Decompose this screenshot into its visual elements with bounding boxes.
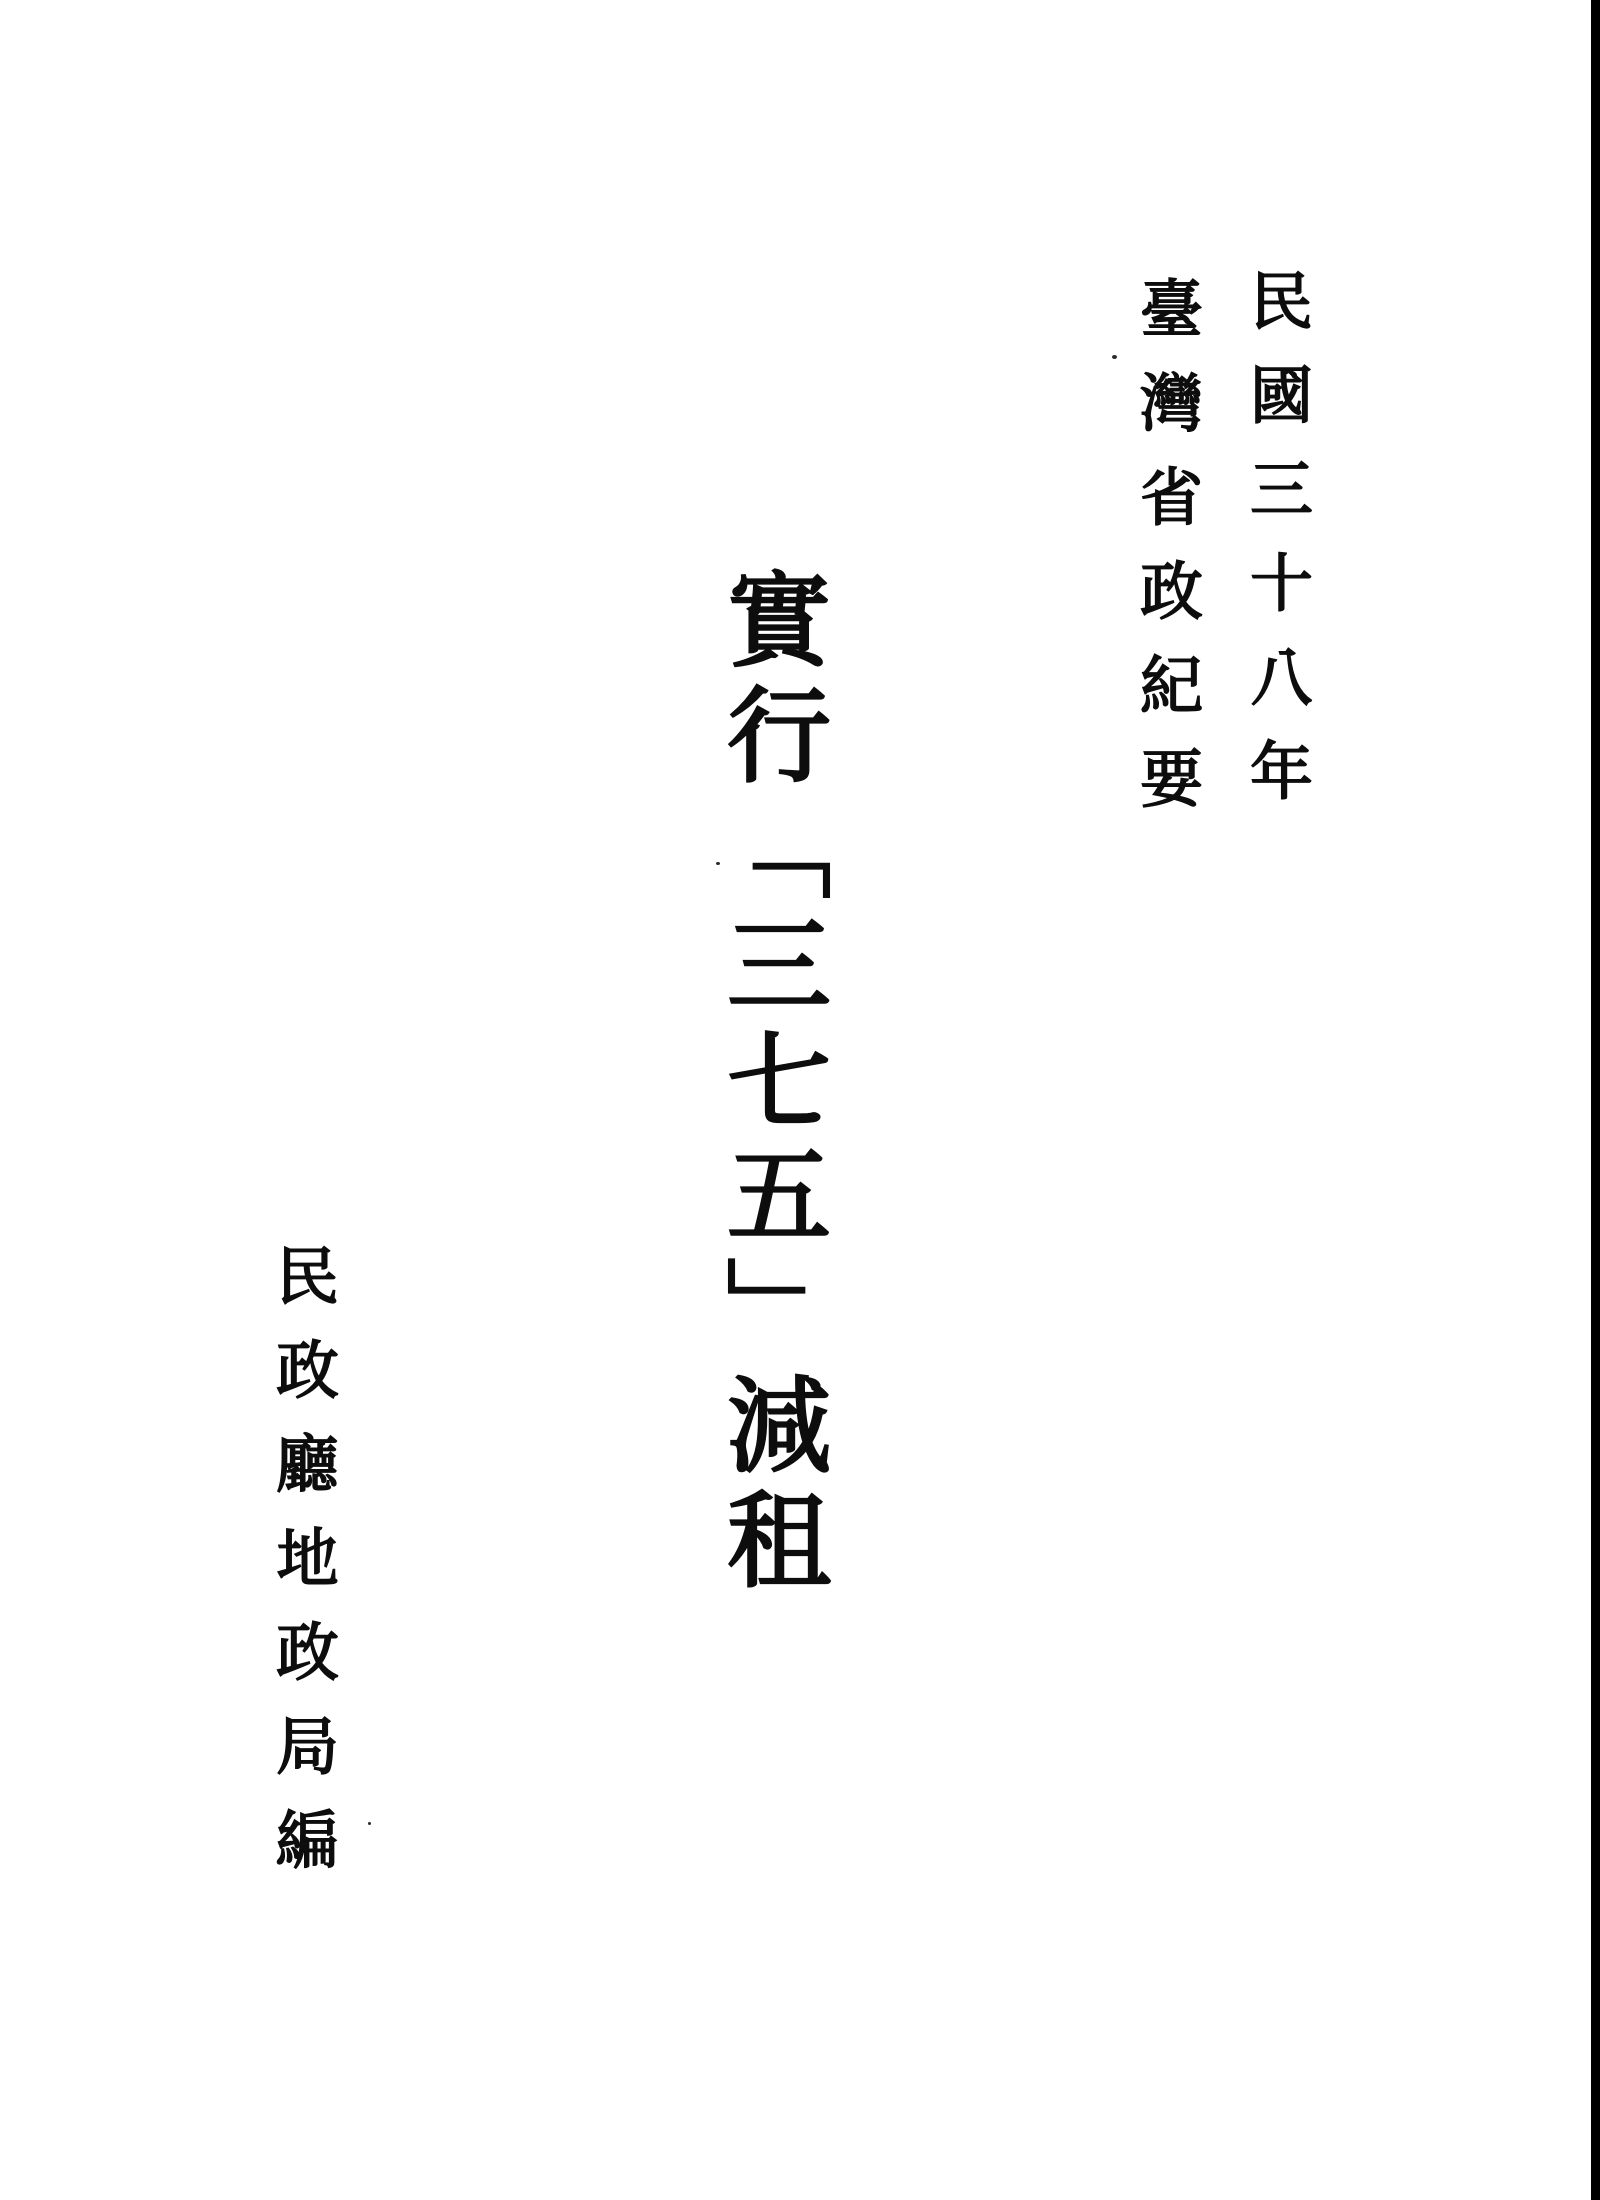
year-heading-column: 民國三十八年 [1244,268,1307,832]
main-title: 實行「三七五」減租 [716,566,820,1601]
scanned-title-page: 民國三十八年 臺灣省政紀要 實行「三七五」減租 民政廳地政局編 [0,0,1600,2200]
scan-speck [1112,355,1117,359]
scan-speck [716,862,720,865]
scan-speck [368,1822,371,1825]
scan-right-edge-bar [1591,0,1600,2200]
publisher-column: 民政廳地政局編 [270,1243,333,1901]
series-heading-column: 臺灣省政紀要 [1134,276,1197,840]
